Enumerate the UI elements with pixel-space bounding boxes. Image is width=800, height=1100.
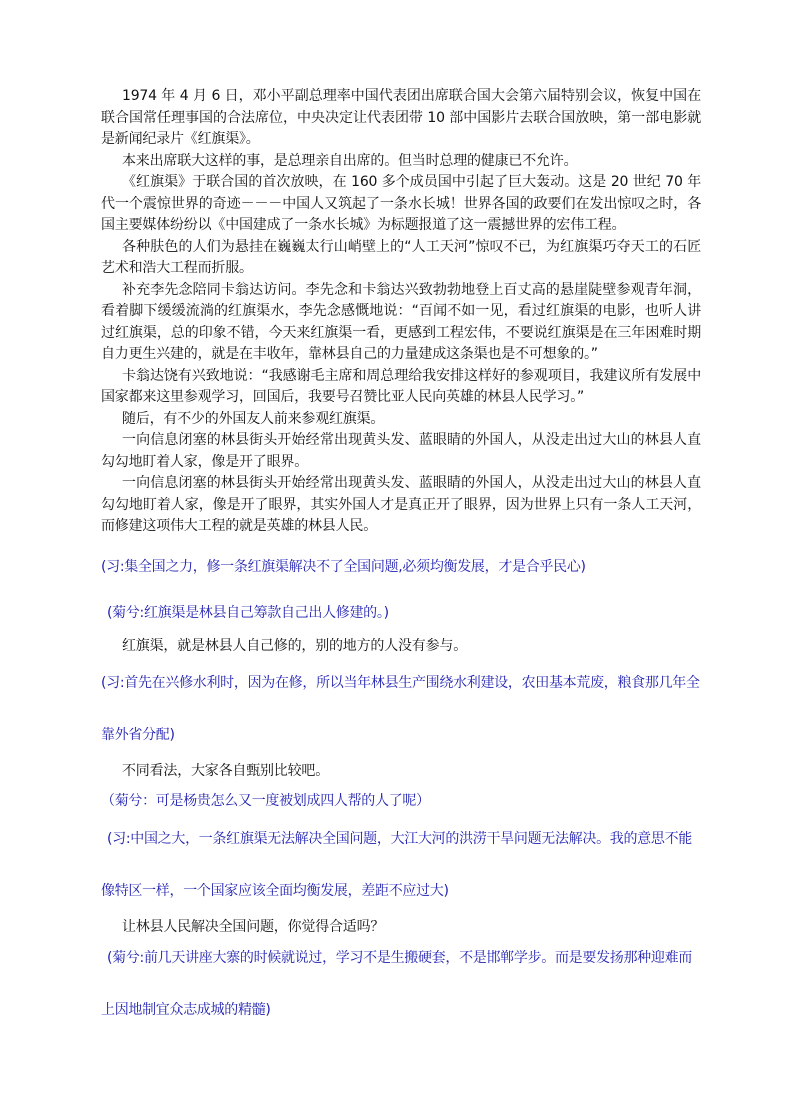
comment-xi-1: (习:集全国之力，修一条红旗渠解决不了全国问题,必须均衡发展，才是合乎民心) [101, 556, 701, 578]
paragraph-linxian-street: 一向信息闭塞的林县街头开始经常出现黄头发、蓝眼睛的外国人，从没走出过大山的林县人… [101, 430, 701, 473]
comment-juxi-3: (菊兮:前几天讲座大寨的时候就说过，学习不是生搬硬套，不是邯郸学步。而是要发扬那… [101, 932, 701, 1036]
paragraph-li-xiannian: 补充李先念陪同卡翁达访问。李先念和卡翁达兴致勃勃地登上百丈高的悬崖陡壁参观青年洞… [101, 280, 701, 366]
comment-xi-3: (习:中国之大，一条红旗渠无法解决全国问题，大江大河的洪涝干旱问题无法解决。我的… [101, 813, 701, 917]
comment-juxi-2: （菊兮：可是杨贵怎么又一度被划成四人帮的人了呢） [101, 789, 701, 813]
paragraph-linxian-street-extended: 一向信息闭塞的林县街头开始经常出现黄头发、蓝眼睛的外国人，从没走出过大山的林县人… [101, 473, 701, 538]
document-page: 1974 年 4 月 6 日，邓小平副总理率中国代表团出席联合国大会第六届特别会… [101, 86, 701, 1036]
paragraph-kaunda: 卡翁达饶有兴致地说：“我感谢毛主席和周总理给我安排这样好的参观项目，我建议所有发… [101, 366, 701, 409]
comment-xi-2: (习:首先在兴修水利时，因为在修，所以当年林县生产围绕水利建设，农田基本荒废，粮… [101, 657, 701, 761]
paragraph-premier-health: 本来出席联大这样的事，是总理亲自出席的。但当时总理的健康已不允许。 [101, 151, 701, 173]
paragraph-sensation: 《红旗渠》于联合国的首次放映，在 160 多个成员国中引起了巨大轰动。这是 20… [101, 172, 701, 237]
paragraph-admiration: 各种肤色的人们为悬挂在巍巍太行山峭壁上的“人工天河”惊叹不已，为红旗渠巧夺天工的… [101, 237, 701, 280]
paragraph-built-by-linxian: 红旗渠，就是林县人自己修的，别的地方的人没有参与。 [101, 636, 701, 658]
paragraph-un-screening: 1974 年 4 月 6 日，邓小平副总理率中国代表团出席联合国大会第六届特别会… [101, 86, 701, 151]
comment-juxi-1: (菊兮:红旗渠是林县自己筹款自己出人修建的。) [101, 602, 701, 624]
paragraph-judge-yourselves: 不同看法，大家各自甄别比较吧。 [101, 761, 701, 783]
paragraph-foreign-visitors: 随后，有不少的外国友人前来参观红旗渠。 [101, 409, 701, 431]
